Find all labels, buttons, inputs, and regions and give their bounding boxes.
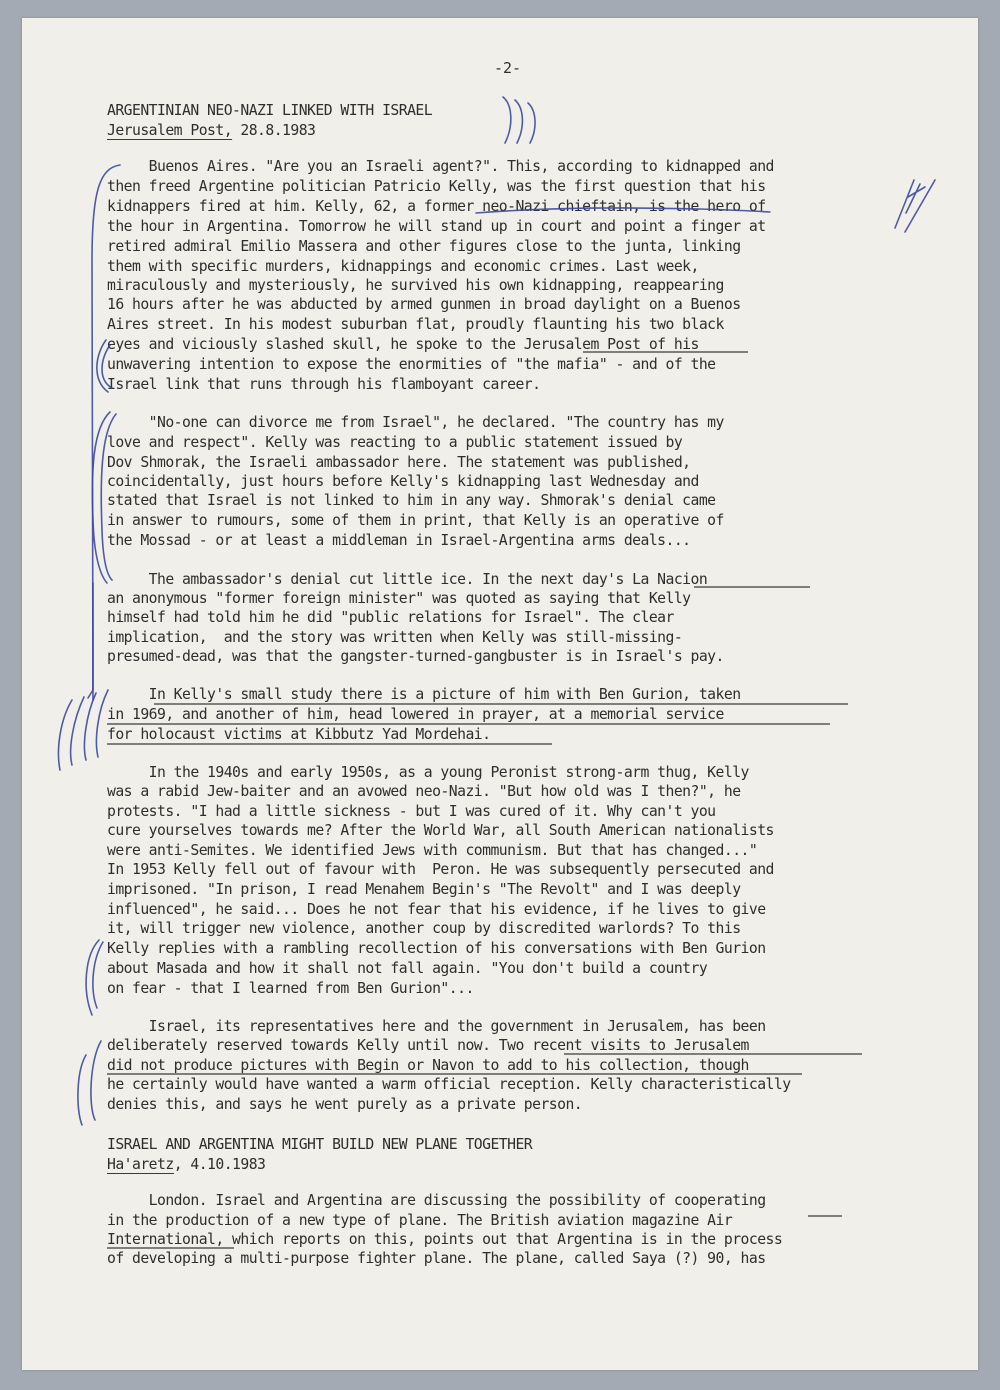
text-line: in 1969, and another of him, head lowere… (107, 704, 724, 724)
text-line: did not produce pictures with Begin or N… (107, 1055, 749, 1075)
text-line: were anti-Semites. We identified Jews wi… (107, 840, 757, 860)
text-line: Kelly replies with a rambling recollecti… (107, 938, 766, 958)
text-line: "No-one can divorce me from Israel", he … (107, 412, 724, 432)
text-line: International, which reports on this, po… (107, 1229, 782, 1249)
text-line: Israel, its representatives here and the… (107, 1016, 766, 1036)
text-line: cure yourselves towards me? After the Wo… (107, 820, 774, 840)
text-line: coincidentally, just hours before Kelly'… (107, 471, 699, 491)
text-line: Buenos Aires. "Are you an Israeli agent?… (107, 156, 774, 176)
text-line: an anonymous "former foreign minister" w… (107, 588, 691, 608)
text-line: retired admiral Emilio Massera and other… (107, 236, 741, 256)
text-line: implication, and the story was written w… (107, 627, 682, 647)
text-line: it, will trigger new violence, another c… (107, 918, 741, 938)
page-number: -2- (494, 59, 521, 77)
text-line: he certainly would have wanted a warm of… (107, 1074, 791, 1094)
article-2-headline: ISRAEL AND ARGENTINA MIGHT BUILD NEW PLA… (107, 1134, 532, 1154)
text-line: of developing a multi-purpose fighter pl… (107, 1248, 766, 1268)
article-1-headline: ARGENTINIAN NEO-NAZI LINKED WITH ISRAEL (107, 100, 432, 120)
text-line: in answer to rumours, some of them in pr… (107, 510, 724, 530)
text-line: kidnappers fired at him. Kelly, 62, a fo… (107, 196, 766, 216)
text-line: love and respect". Kelly was reacting to… (107, 432, 682, 452)
text-line: Dov Shmorak, the Israeli ambassador here… (107, 452, 691, 472)
text-line: them with specific murders, kidnappings … (107, 256, 699, 276)
text-line: Israel link that runs through his flambo… (107, 374, 540, 394)
text-line: 16 hours after he was abducted by armed … (107, 294, 741, 314)
text-line: denies this, and says he went purely as … (107, 1094, 582, 1114)
article-2-source: Ha'aretz (107, 1155, 174, 1174)
text-line: In the 1940s and early 1950s, as a young… (107, 762, 749, 782)
text-line: The ambassador's denial cut little ice. … (107, 569, 707, 589)
text-line: for holocaust victims at Kibbutz Yad Mor… (107, 724, 490, 744)
text-line: In Kelly's small study there is a pictur… (107, 684, 741, 704)
text-line: imprisoned. "In prison, I read Menahem B… (107, 879, 741, 899)
text-line: was a rabid Jew-baiter and an avowed neo… (107, 781, 741, 801)
text-line: deliberately reserved towards Kelly unti… (107, 1035, 749, 1055)
text-line: the hour in Argentina. Tomorrow he will … (107, 216, 766, 236)
text-line: himself had told him he did "public rela… (107, 607, 674, 627)
text-line: In 1953 Kelly fell out of favour with Pe… (107, 859, 774, 879)
article-1-source-line: Jerusalem Post, 28.8.1983 (107, 120, 315, 140)
text-line: London. Israel and Argentina are discuss… (107, 1190, 766, 1210)
article-1-date: 28.8.1983 (232, 121, 315, 139)
text-line: presumed-dead, was that the gangster-tur… (107, 646, 724, 666)
text-line: on fear - that I learned from Ben Gurion… (107, 978, 474, 998)
text-line: unwavering intention to expose the enorm… (107, 354, 716, 374)
text-line: eyes and viciously slashed skull, he spo… (107, 334, 699, 354)
text-line: protests. "I had a little sickness - but… (107, 801, 716, 821)
article-1-source: Jerusalem Post, (107, 121, 232, 140)
text-line: the Mossad - or at least a middleman in … (107, 530, 691, 550)
text-line: about Masada and how it shall not fall a… (107, 958, 707, 978)
text-line: stated that Israel is not linked to him … (107, 490, 716, 510)
text-line: then freed Argentine politician Patricio… (107, 176, 766, 196)
text-line: Aires street. In his modest suburban fla… (107, 314, 724, 334)
text-line: in the production of a new type of plane… (107, 1210, 732, 1230)
text-line: miraculously and mysteriously, he surviv… (107, 275, 724, 295)
article-2-source-line: Ha'aretz, 4.10.1983 (107, 1154, 265, 1174)
article-2-date: , 4.10.1983 (174, 1155, 266, 1173)
text-line: influenced", he said... Does he not fear… (107, 899, 766, 919)
